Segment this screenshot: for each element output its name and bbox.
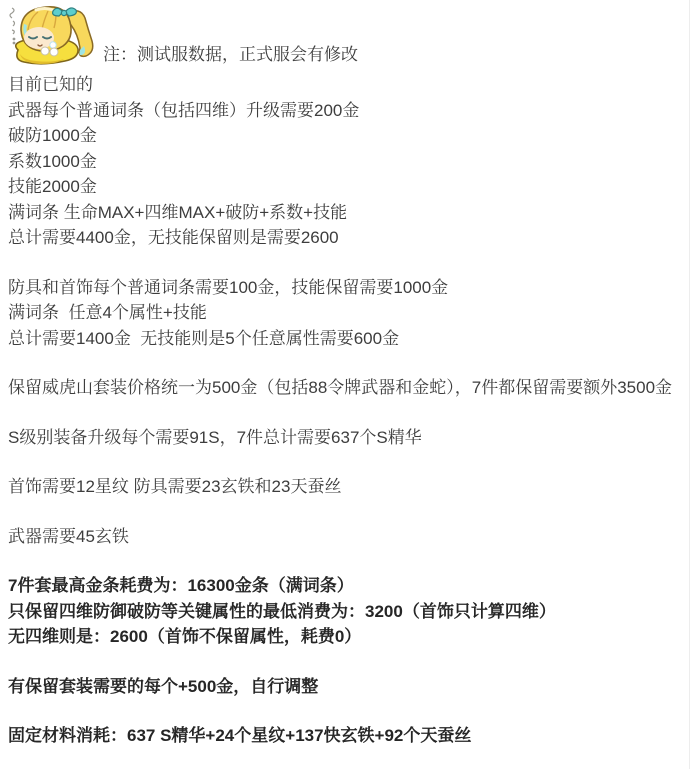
note-text: 注：测试服数据，正式服会有修改 (103, 45, 358, 66)
hair-highlight (36, 9, 53, 11)
text-line: 首饰需要12星纹 防具需要23玄铁和23天蚕丝 (8, 474, 681, 500)
text-line: 系数1000金 (8, 149, 681, 175)
text-line: 总计需要4400金，无技能保留则是需要2600 (8, 225, 681, 251)
post-body: 注：测试服数据，正式服会有修改 目前已知的 武器每个普通词条（包括四维）升级需要… (0, 0, 689, 749)
section-weapon-materials: 武器需要45玄铁 (8, 524, 681, 550)
text-line: 防具和首饰每个普通词条需要100金，技能保留需要1000金 (8, 275, 681, 301)
text-line: 总计需要1400金 无技能则是5个任意属性需要600金 (8, 326, 681, 352)
section-s-essence: S级别装备升级每个需要91S，7件总计需要637个S精华 (8, 425, 681, 451)
text-line: S级别装备升级每个需要91S，7件总计需要637个S精华 (8, 425, 681, 451)
text-line: 满词条 任意4个属性+技能 (8, 300, 681, 326)
section-fixed-materials: 固定材料消耗：637 S精华+24个星纹+137快玄铁+92个天蚕丝 (8, 723, 681, 749)
avatar-sticker (8, 4, 96, 66)
section-jewelry-materials: 首饰需要12星纹 防具需要23玄铁和23天蚕丝 (8, 474, 681, 500)
text-line: 武器需要45玄铁 (8, 524, 681, 550)
text-line: 只保留四维防御破防等关键属性的最低消费为：3200（首饰只计算四维） (8, 599, 681, 625)
sleep-bubble (50, 42, 56, 48)
section-armor-jewelry-costs: 防具和首饰每个普通词条需要100金，技能保留需要1000金 满词条 任意4个属性… (8, 275, 681, 352)
hand (41, 47, 49, 55)
text-line: 7件套最高金条耗费为：16300金条（满词条） (8, 573, 681, 599)
text-line: 无四维则是：2600（首饰不保留属性，耗费0） (8, 624, 681, 650)
section-gold-summary: 7件套最高金条耗费为：16300金条（满词条） 只保留四维防御破防等关键属性的最… (8, 573, 681, 650)
murmur-scribble (10, 8, 15, 44)
text-line: 固定材料消耗：637 S精华+24个星纹+137快玄铁+92个天蚕丝 (8, 723, 681, 749)
ribbon-bow (53, 8, 77, 16)
sleepy-girl-sticker-icon (8, 4, 96, 66)
section-adjustment-note: 有保留套装需要的每个+500金，自行调整 (8, 674, 681, 700)
section-weapon-costs: 目前已知的 武器每个普通词条（包括四维）升级需要200金 破防1000金 系数1… (8, 72, 681, 251)
header-row: 注：测试服数据，正式服会有修改 (8, 2, 681, 66)
text-line: 技能2000金 (8, 174, 681, 200)
text-line: 武器每个普通词条（包括四维）升级需要200金 (8, 98, 681, 124)
text-line: 破防1000金 (8, 123, 681, 149)
text-line: 满词条 生命MAX+四维MAX+破防+系数+技能 (8, 200, 681, 226)
text-line: 保留威虎山套装价格统一为500金（包括88令牌武器和金蛇），7件都保留需要额外3… (8, 375, 681, 401)
text-line: 目前已知的 (8, 72, 681, 98)
text-line: 有保留套装需要的每个+500金，自行调整 (8, 674, 681, 700)
section-set-retention: 保留威虎山套装价格统一为500金（包括88令牌武器和金蛇），7件都保留需要额外3… (8, 375, 681, 401)
hand (50, 48, 58, 56)
